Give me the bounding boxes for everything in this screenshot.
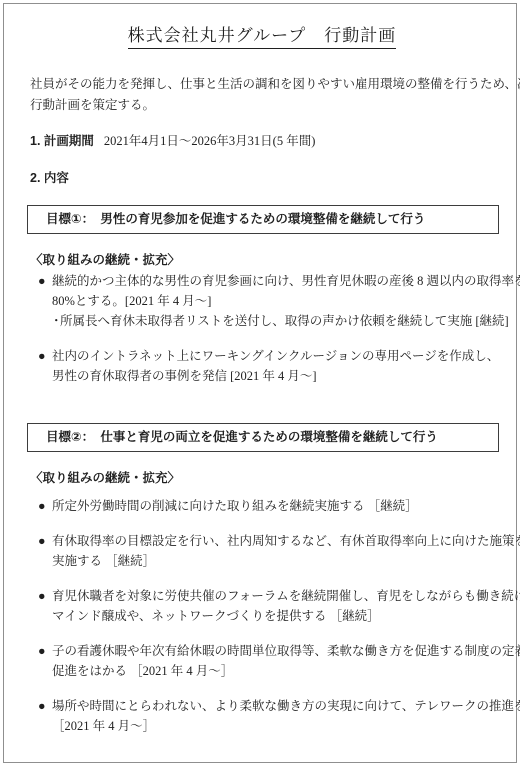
goal-1-heading-box: 目標①： 男性の育児参加を促進するための環境整備を継続して行う xyxy=(27,205,499,234)
bullet-dot-icon: ● xyxy=(38,696,52,736)
goal-1-sub-bullet: ・ 所属長へ育休未取得者リストを送付し、取得の声かけ依頼を継続して実施 [継続] xyxy=(50,311,494,331)
intro-line: 行動計画を策定する。 xyxy=(30,95,494,116)
intro-paragraph: 社員がその能力を発揮し、仕事と生活の調和を図りやすい雇用環境の整備を行うため、次… xyxy=(30,74,494,116)
bullet-dot-icon: ● xyxy=(38,531,52,571)
bullet-text: 子の看護休暇や年次有給休暇の時間単位取得等、柔軟な働き方を促進する制度の定着と … xyxy=(52,641,494,681)
plan-period-row: 1. 計画期間2021年4月1日～2026年3月31日(5 年間) xyxy=(30,132,494,151)
goal-2-subheading: 〈取り組みの継続・拡充〉 xyxy=(30,468,494,488)
goal-2-heading: 目標②： 仕事と育児の両立を促進するための環境整備を継続して行う xyxy=(46,430,438,444)
bullet-dot-icon: ● xyxy=(38,346,52,386)
title-row: 株式会社丸井グループ 行動計画 xyxy=(30,25,494,49)
bullet-dot-icon: ● xyxy=(38,586,52,626)
goal-2-bullet-5: ● 場所や時間にとらわれない、より柔軟な働き方の実現に向けて、テレワークの推進を… xyxy=(38,696,494,736)
content-section-label: 2. 内容 xyxy=(30,169,494,188)
bullet-text: 所属長へ育休未取得者リストを送付し、取得の声かけ依頼を継続して実施 [継続] xyxy=(60,311,494,331)
document-content: 株式会社丸井グループ 行動計画 社員がその能力を発揮し、仕事と生活の調和を図りや… xyxy=(0,25,520,736)
goal-1-bullet-1: ● 継続的かつ主体的な男性の育児参画に向け、男性育児休暇の産後 8 週以内の取得… xyxy=(38,271,494,311)
bullet-text: 所定外労働時間の削減に向けた取り組みを継続実施する ［継続］ xyxy=(52,496,418,516)
goal-2-bullet-1: ● 所定外労働時間の削減に向けた取り組みを継続実施する ［継続］ xyxy=(38,496,494,516)
plan-period-value: 2021年4月1日～2026年3月31日(5 年間) xyxy=(104,134,315,148)
goal-2-bullet-2: ● 有休取得率の目標設定を行い、社内周知するなど、有休首取得率向上に向けた施策を… xyxy=(38,531,494,571)
bullet-dot-icon: ● xyxy=(38,496,52,516)
bullet-text: 場所や時間にとらわれない、より柔軟な働き方の実現に向けて、テレワークの推進をはか… xyxy=(52,696,494,736)
bullet-text: 有休取得率の目標設定を行い、社内周知するなど、有休首取得率向上に向けた施策を 実… xyxy=(52,531,494,571)
action-plan-document-page: 株式会社丸井グループ 行動計画 社員がその能力を発揮し、仕事と生活の調和を図りや… xyxy=(0,0,520,766)
goal-2-bullet-3: ● 育児休職者を対象に労使共催のフォーラムを継続開催し、育児をしながらも働き続け… xyxy=(38,586,494,626)
goal-1-subheading: 〈取り組みの継続・拡充〉 xyxy=(30,250,494,270)
bullet-text: 社内のイントラネット上にワーキングインクルージョンの専用ページを作成し、 男性の… xyxy=(52,346,494,386)
goal-1-heading: 目標①： 男性の育児参加を促進するための環境整備を継続して行う xyxy=(46,212,425,226)
bullet-dot-icon: ● xyxy=(38,641,52,681)
document-title: 株式会社丸井グループ 行動計画 xyxy=(128,25,397,49)
sub-bullet-dot-icon: ・ xyxy=(50,311,60,331)
bullet-text: 育児休職者を対象に労使共催のフォーラムを継続開催し、育児をしながらも働き続ける … xyxy=(52,586,494,626)
plan-period-label: 1. 計画期間 xyxy=(30,134,94,148)
goal-2-heading-box: 目標②： 仕事と育児の両立を促進するための環境整備を継続して行う xyxy=(27,423,499,452)
intro-line: 社員がその能力を発揮し、仕事と生活の調和を図りやすい雇用環境の整備を行うため、次… xyxy=(30,74,494,95)
bullet-text: 継続的かつ主体的な男性の育児参画に向け、男性育児休暇の産後 8 週以内の取得率を… xyxy=(52,271,494,311)
bullet-dot-icon: ● xyxy=(38,271,52,311)
goal-1-bullet-2: ● 社内のイントラネット上にワーキングインクルージョンの専用ページを作成し、 男… xyxy=(38,346,494,386)
goal-2-bullet-4: ● 子の看護休暇や年次有給休暇の時間単位取得等、柔軟な働き方を促進する制度の定着… xyxy=(38,641,494,681)
